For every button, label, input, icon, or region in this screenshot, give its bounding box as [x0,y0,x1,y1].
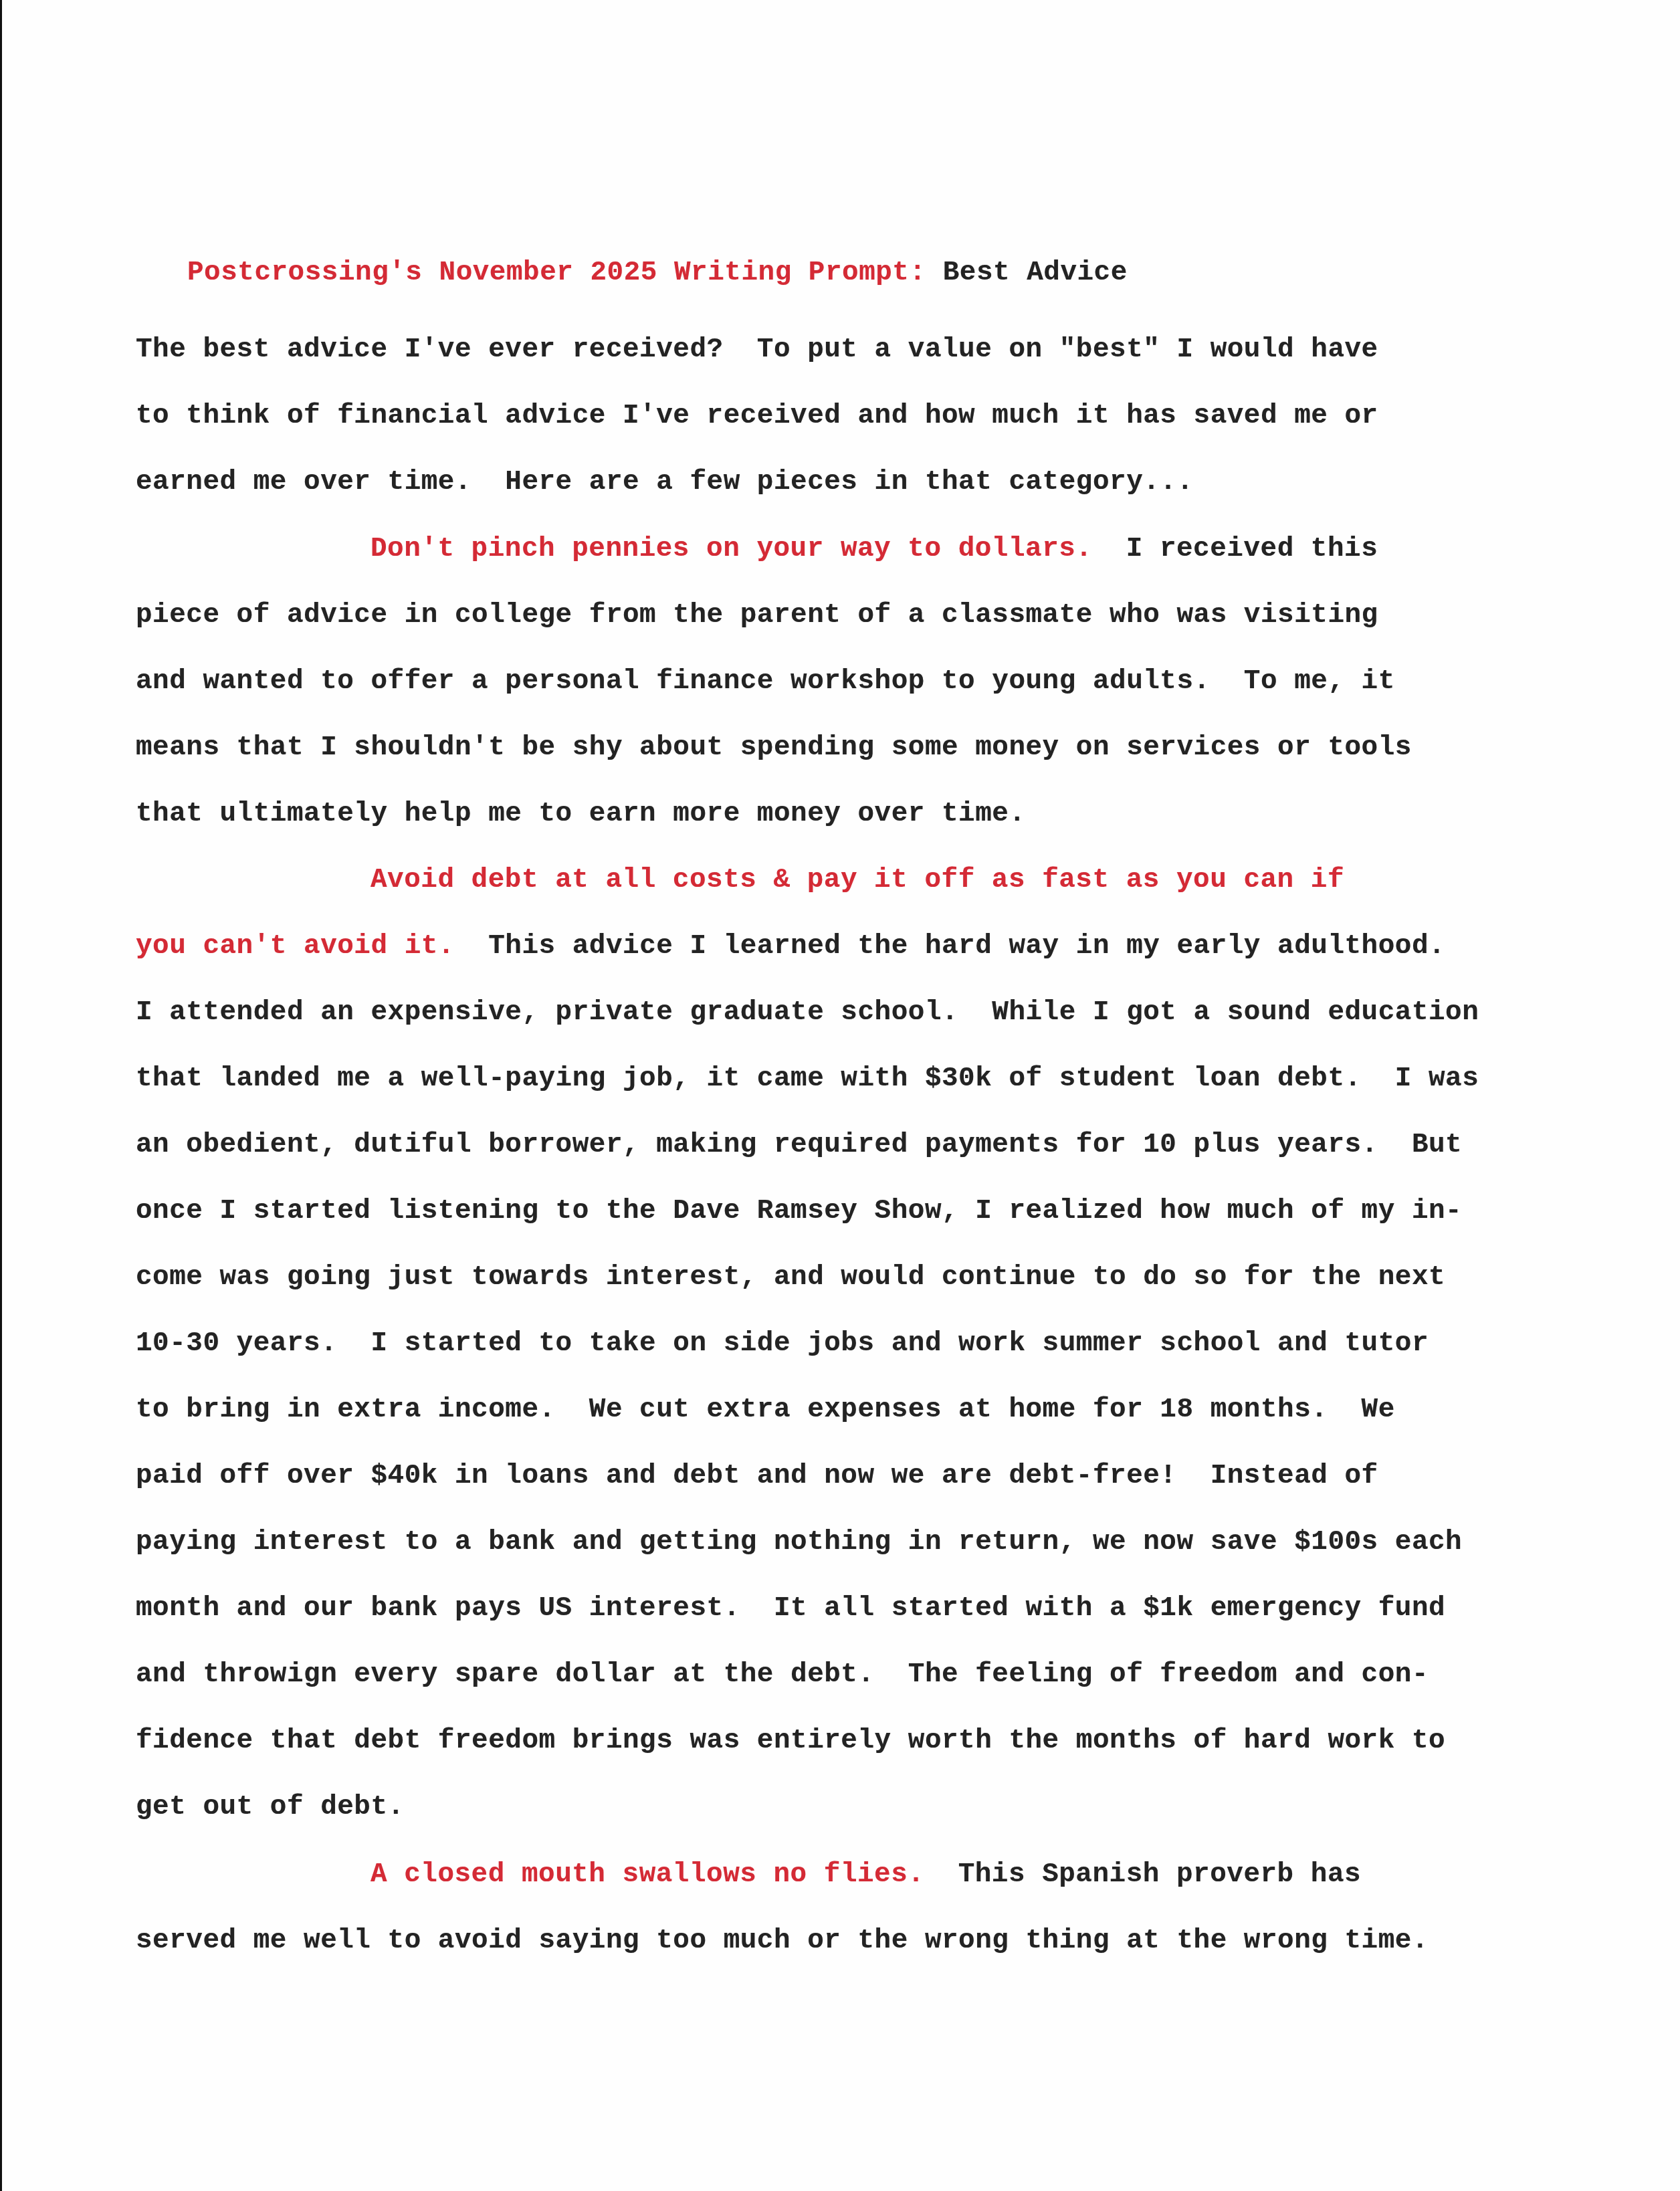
body-line: piece of advice in college from the pare… [136,602,1378,629]
title-prompt: Postcrossing's November 2025 Writing Pro… [187,257,926,288]
body-line: and throwign every spare dollar at the d… [136,1661,1429,1689]
intro-line: to think of financial advice I've receiv… [136,403,1378,430]
body-line: month and our bank pays US interest. It … [136,1595,1445,1623]
advice-1-first-line: Don't pinch pennies on your way to dolla… [371,536,1378,563]
advice-1-text: I received this [1092,534,1378,564]
intro-line: earned me over time. Here are a few piec… [136,469,1194,496]
advice-3-first-line: A closed mouth swallows no flies. This S… [371,1861,1361,1889]
body-line: paid off over $40k in loans and debt and… [136,1463,1378,1490]
body-line: paying interest to a bank and getting no… [136,1529,1462,1556]
advice-3-heading: A closed mouth swallows no flies. [371,1859,924,1890]
body-line: that ultimately help me to earn more mon… [136,801,1026,828]
body-line: served me well to avoid saying too much … [136,1927,1429,1955]
typewritten-page: Postcrossing's November 2025 Writing Pro… [0,0,1680,2191]
advice-3-text: This Spanish proverb has [924,1859,1361,1890]
title-topic: Best Advice [926,257,1128,288]
intro-line: The best advice I've ever received? To p… [136,336,1378,364]
body-line: means that I shouldn't be shy about spen… [136,734,1412,762]
advice-2-heading: Avoid debt at all costs & pay it off as … [371,867,1344,894]
advice-2-heading-cont: you can't avoid it. [136,931,455,962]
body-line: and wanted to offer a personal finance w… [136,668,1395,696]
body-line: fidence that debt freedom brings was ent… [136,1728,1445,1755]
advice-1-heading: Don't pinch pennies on your way to dolla… [371,534,1092,564]
advice-2-text: This advice I learned the hard way in my… [455,931,1445,962]
scan-edge [0,0,2,2191]
body-line: to bring in extra income. We cut extra e… [136,1396,1395,1424]
body-line: once I started listening to the Dave Ram… [136,1198,1462,1225]
body-line: get out of debt. [136,1794,405,1821]
body-line: that landed me a well-paying job, it cam… [136,1065,1479,1093]
advice-2-second-line: you can't avoid it. This advice I learne… [136,933,1445,960]
body-line: I attended an expensive, private graduat… [136,999,1479,1027]
body-line: come was going just towards interest, an… [136,1264,1445,1291]
body-line: 10-30 years. I started to take on side j… [136,1330,1429,1358]
page-title: Postcrossing's November 2025 Writing Pro… [187,259,1128,287]
body-line: an obedient, dutiful borrower, making re… [136,1132,1462,1159]
